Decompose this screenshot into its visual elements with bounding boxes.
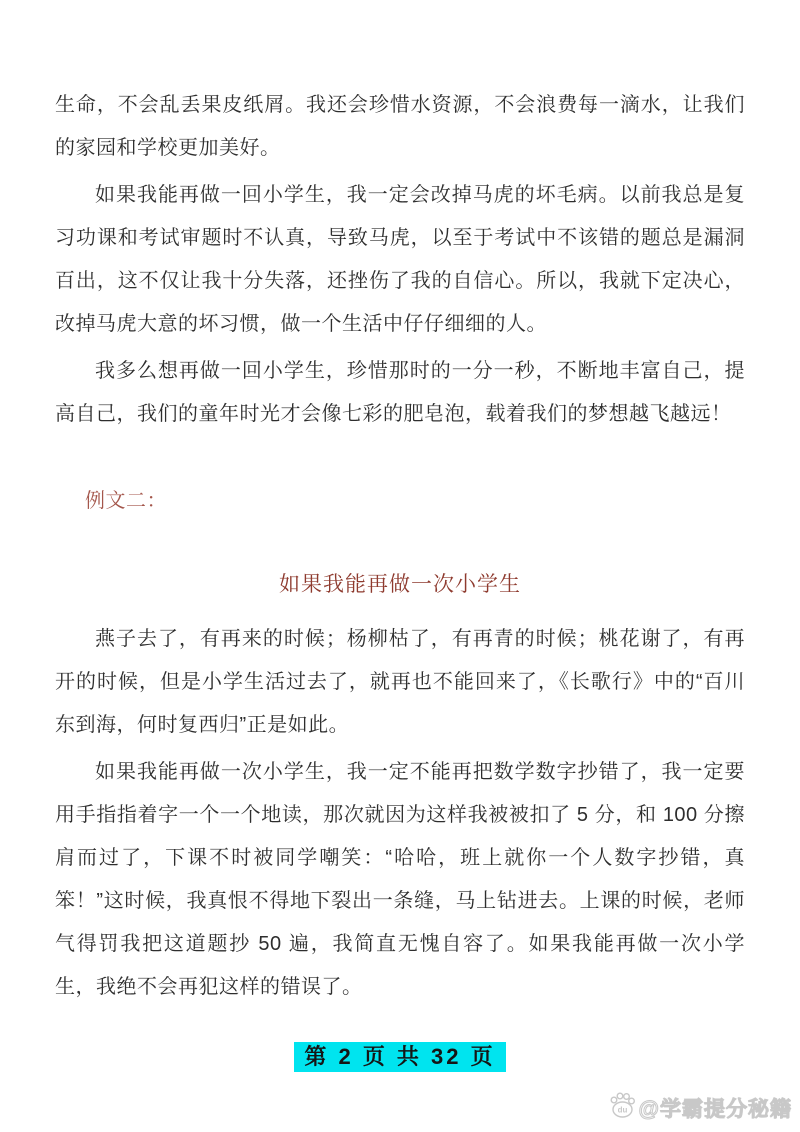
- watermark-text: @学霸提分秘籍: [639, 1093, 792, 1123]
- paragraph: 我多么想再做一回小学生，珍惜那时的一分一秒，不断地丰富自己，提高自己，我们的童年…: [55, 350, 745, 436]
- baidu-paw-icon: du: [608, 1091, 636, 1124]
- svg-text:du: du: [617, 1106, 627, 1115]
- page-indicator: 第 2 页 共 32 页: [294, 1042, 505, 1072]
- page-content: 生命，不会乱丢果皮纸屑。我还会珍惜水资源，不会浪费每一滴水，让我们的家园和学校更…: [0, 0, 800, 1009]
- watermark: du @学霸提分秘籍: [608, 1091, 792, 1124]
- section-label: 例文二：: [55, 480, 745, 523]
- paragraph: 如果我能再做一次小学生，我一定不能再把数学数字抄错了，我一定要用手指指着字一个一…: [55, 751, 745, 1009]
- paragraph: 燕子去了，有再来的时候；杨柳枯了，有再青的时候；桃花谢了，有再开的时候，但是小学…: [55, 618, 745, 747]
- essay-body: 燕子去了，有再来的时候；杨柳枯了，有再青的时候；桃花谢了，有再开的时候，但是小学…: [55, 618, 745, 1009]
- paragraph-continuation: 生命，不会乱丢果皮纸屑。我还会珍惜水资源，不会浪费每一滴水，让我们的家园和学校更…: [55, 84, 745, 170]
- document-page: 生命，不会乱丢果皮纸屑。我还会珍惜水资源，不会浪费每一滴水，让我们的家园和学校更…: [0, 0, 800, 1132]
- paragraph: 如果我能再做一回小学生，我一定会改掉马虎的坏毛病。以前我总是复习功课和考试审题时…: [55, 174, 745, 346]
- essay-title: 如果我能再做一次小学生: [55, 563, 745, 606]
- page-number-footer: 第 2 页 共 32 页: [0, 1042, 800, 1072]
